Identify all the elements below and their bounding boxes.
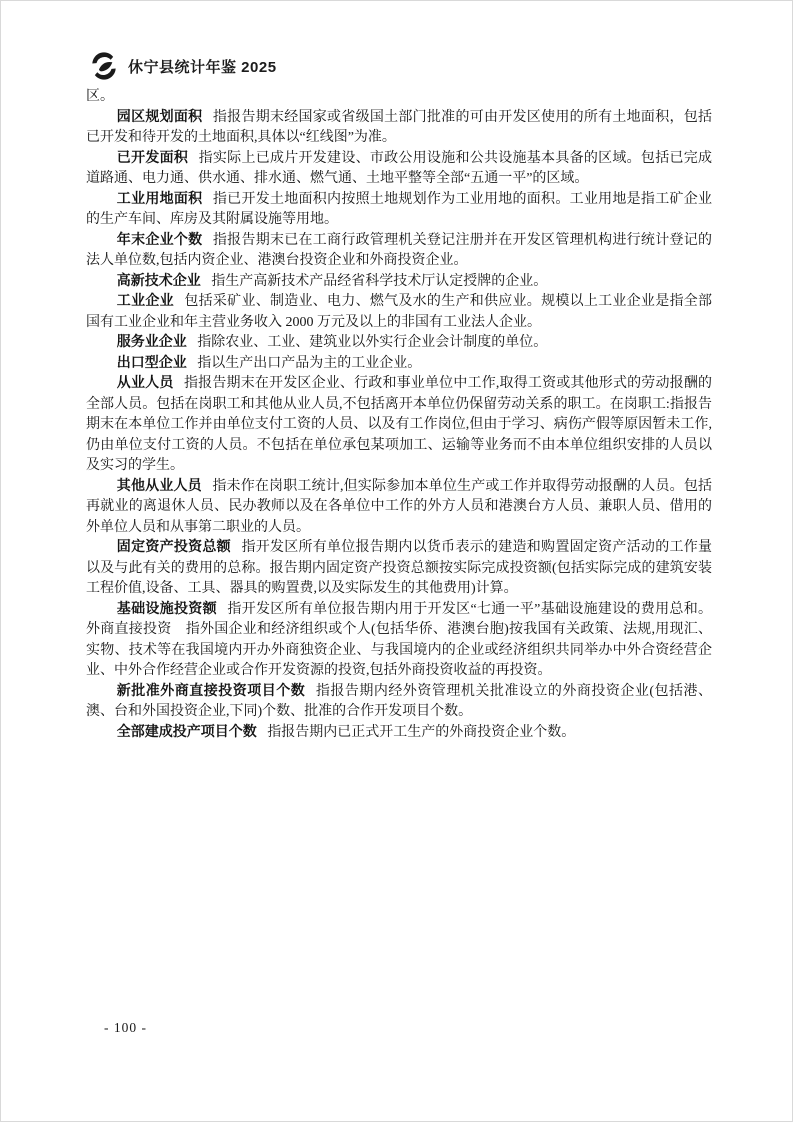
term-label: 基础设施投资额 bbox=[117, 602, 217, 617]
term-definition: 指报告期末在开发区企业、行政和事业单位中工作,取得工资或其他形式的劳动报酬的全部… bbox=[86, 376, 712, 473]
definition-paragraph: 其他从业人员指未作在岗职工统计,但实际参加本单位生产或工作并取得劳动报酬的人员。… bbox=[86, 477, 712, 539]
definition-paragraph: 新批准外商直接投资项目个数指报告期内经外资管理机关批准设立的外商投资企业(包括港… bbox=[86, 682, 712, 723]
definition-paragraph: 固定资产投资总额指开发区所有单位报告期内以货币表示的建造和购置固定资产活动的工作… bbox=[86, 538, 712, 600]
definition-paragraph: 园区规划面积指报告期末经国家或省级国土部门批准的可由开发区使用的所有土地面积，包… bbox=[86, 108, 712, 149]
term-label: 工业企业 bbox=[117, 294, 174, 309]
term-label: 固定资产投资总额 bbox=[117, 540, 231, 555]
definition-paragraph: 已开发面积指实际上已成片开发建设、市政公用设施和公共设施基本具备的区域。包括已完… bbox=[86, 149, 712, 190]
definition-paragraph: 工业用地面积指已开发土地面积内按照土地规划作为工业用地的面积。工业用地是指工矿企… bbox=[86, 190, 712, 231]
page-number: - 100 - bbox=[104, 1020, 147, 1036]
term-definition: 指生产高新技术产品经省科学技术厅认定授牌的企业。 bbox=[211, 274, 547, 289]
term-label: 出口型企业 bbox=[117, 356, 187, 371]
term-definition: 指报告期内已正式开工生产的外商投资企业个数。 bbox=[267, 725, 575, 740]
yearbook-page: 休宁县统计年鉴 2025 区。 园区规划面积指报告期末经国家或省级国土部门批准的… bbox=[0, 0, 793, 1122]
term-label: 从业人员 bbox=[117, 376, 174, 391]
definition-paragraph: 工业企业包括采矿业、制造业、电力、燃气及水的生产和供应业。规模以上工业企业是指全… bbox=[86, 292, 712, 333]
definition-paragraph: 基础设施投资额指开发区所有单位报告期内用于开发区“七通一平”基础设施建设的费用总… bbox=[86, 600, 712, 682]
term-label: 年末企业个数 bbox=[117, 233, 203, 248]
page-header: 休宁县统计年鉴 2025 bbox=[89, 51, 277, 81]
term-label: 园区规划面积 bbox=[117, 110, 203, 125]
definition-paragraph: 出口型企业指以生产出口产品为主的工业企业。 bbox=[86, 354, 712, 375]
term-label: 全部建成投产项目个数 bbox=[117, 725, 257, 740]
term-label: 其他从业人员 bbox=[117, 479, 202, 494]
definition-paragraph: 服务业企业指除农业、工业、建筑业以外实行企业会计制度的单位。 bbox=[86, 333, 712, 354]
term-label: 高新技术企业 bbox=[117, 274, 201, 289]
term-definition: 指以生产出口产品为主的工业企业。 bbox=[197, 356, 421, 371]
term-label: 工业用地面积 bbox=[117, 192, 203, 207]
carryover-line: 区。 bbox=[86, 87, 712, 108]
term-label: 已开发面积 bbox=[117, 151, 188, 166]
definition-paragraph: 全部建成投产项目个数指报告期内已正式开工生产的外商投资企业个数。 bbox=[86, 723, 712, 744]
term-definition: 指除农业、工业、建筑业以外实行企业会计制度的单位。 bbox=[197, 335, 547, 350]
term-label: 新批准外商直接投资项目个数 bbox=[117, 684, 306, 699]
yearbook-logo-icon bbox=[89, 51, 119, 81]
definition-paragraph: 年末企业个数指报告期末已在工商行政管理机关登记注册并在开发区管理机构进行统计登记… bbox=[86, 231, 712, 272]
term-label: 服务业企业 bbox=[117, 335, 187, 350]
definitions-body: 区。 园区规划面积指报告期末经国家或省级国土部门批准的可由开发区使用的所有土地面… bbox=[86, 87, 712, 743]
term-definition: 包括采矿业、制造业、电力、燃气及水的生产和供应业。规模以上工业企业是指全部国有工… bbox=[86, 294, 712, 330]
yearbook-title: 休宁县统计年鉴 2025 bbox=[128, 56, 277, 77]
definition-paragraph: 高新技术企业指生产高新技术产品经省科学技术厅认定授牌的企业。 bbox=[86, 272, 712, 293]
definition-paragraph: 从业人员指报告期末在开发区企业、行政和事业单位中工作,取得工资或其他形式的劳动报… bbox=[86, 374, 712, 477]
